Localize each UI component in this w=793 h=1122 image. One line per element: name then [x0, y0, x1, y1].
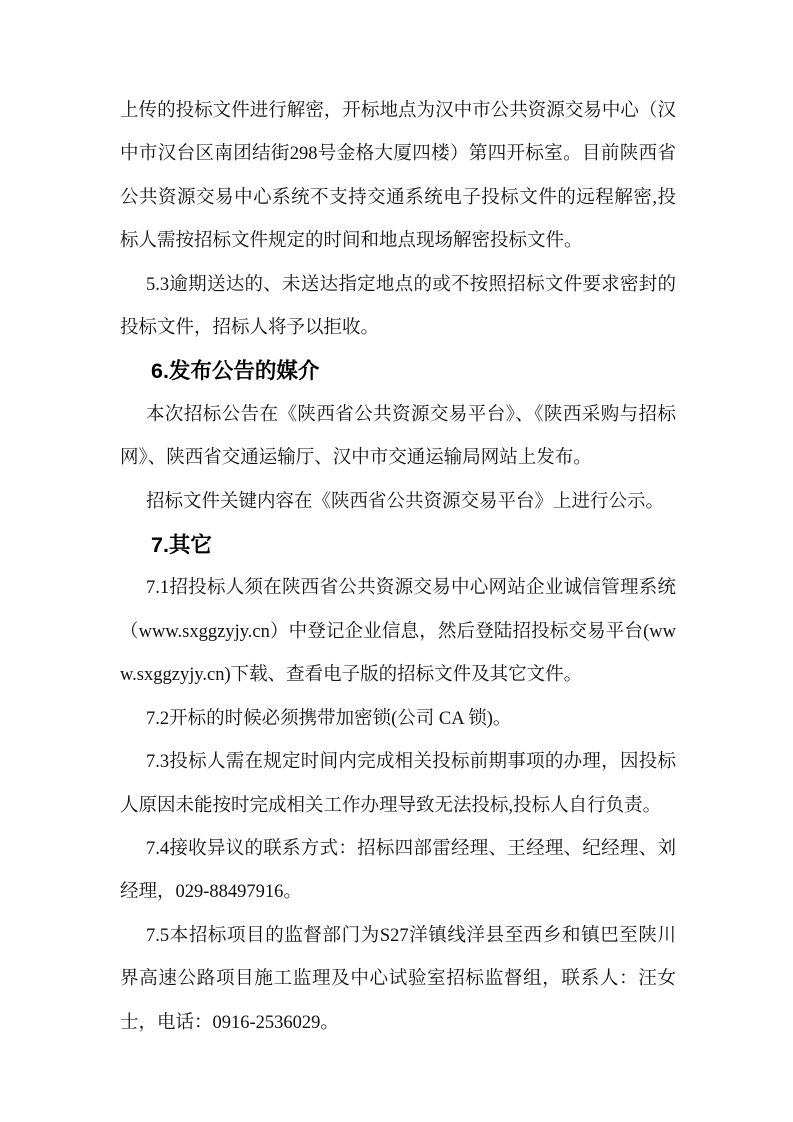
paragraph-decryption-continuation: 上传的投标文件进行解密，开标地点为汉中市公共资源交易中心（汉中市汉台区南团结街2… [120, 90, 676, 264]
document-body: 上传的投标文件进行解密，开标地点为汉中市公共资源交易中心（汉中市汉台区南团结街2… [120, 90, 676, 1045]
paragraph-key-content-publicity: 招标文件关键内容在《陕西省公共资源交易平台》上进行公示。 [120, 481, 676, 524]
paragraph-7-2-ca-lock: 7.2开标的时候必须携带加密锁(公司 CA 锁)。 [120, 698, 676, 741]
paragraph-7-1-registration-website: 7.1招投标人须在陕西省公共资源交易中心网站企业诚信管理系统（www.sxggz… [120, 567, 676, 697]
document-page: 上传的投标文件进行解密，开标地点为汉中市公共资源交易中心（汉中市汉台区南团结街2… [0, 0, 793, 1122]
section-heading-7-others: 7.其它 [120, 524, 676, 567]
paragraph-7-3-pre-bid-matters: 7.3投标人需在规定时间内完成相关投标前期事项的办理，因投标人原因未能按时完成相… [120, 741, 676, 828]
paragraph-7-4-objection-contacts: 7.4接收异议的联系方式：招标四部雷经理、王经理、纪经理、刘经理，029-884… [120, 828, 676, 915]
section-heading-6-announcement-media: 6.发布公告的媒介 [120, 350, 676, 393]
paragraph-announcement-platforms: 本次招标公告在《陕西省公共资源交易平台》、《陕西采购与招标网》、陕西省交通运输厅… [120, 394, 676, 481]
paragraph-5-3-late-delivery-rejection: 5.3逾期送达的、未送达指定地点的或不按照招标文件要求密封的投标文件，招标人将予… [120, 264, 676, 351]
paragraph-7-5-supervision-department: 7.5本招标项目的监督部门为S27洋镇线洋县至西乡和镇巴至陕川界高速公路项目施工… [120, 915, 676, 1045]
